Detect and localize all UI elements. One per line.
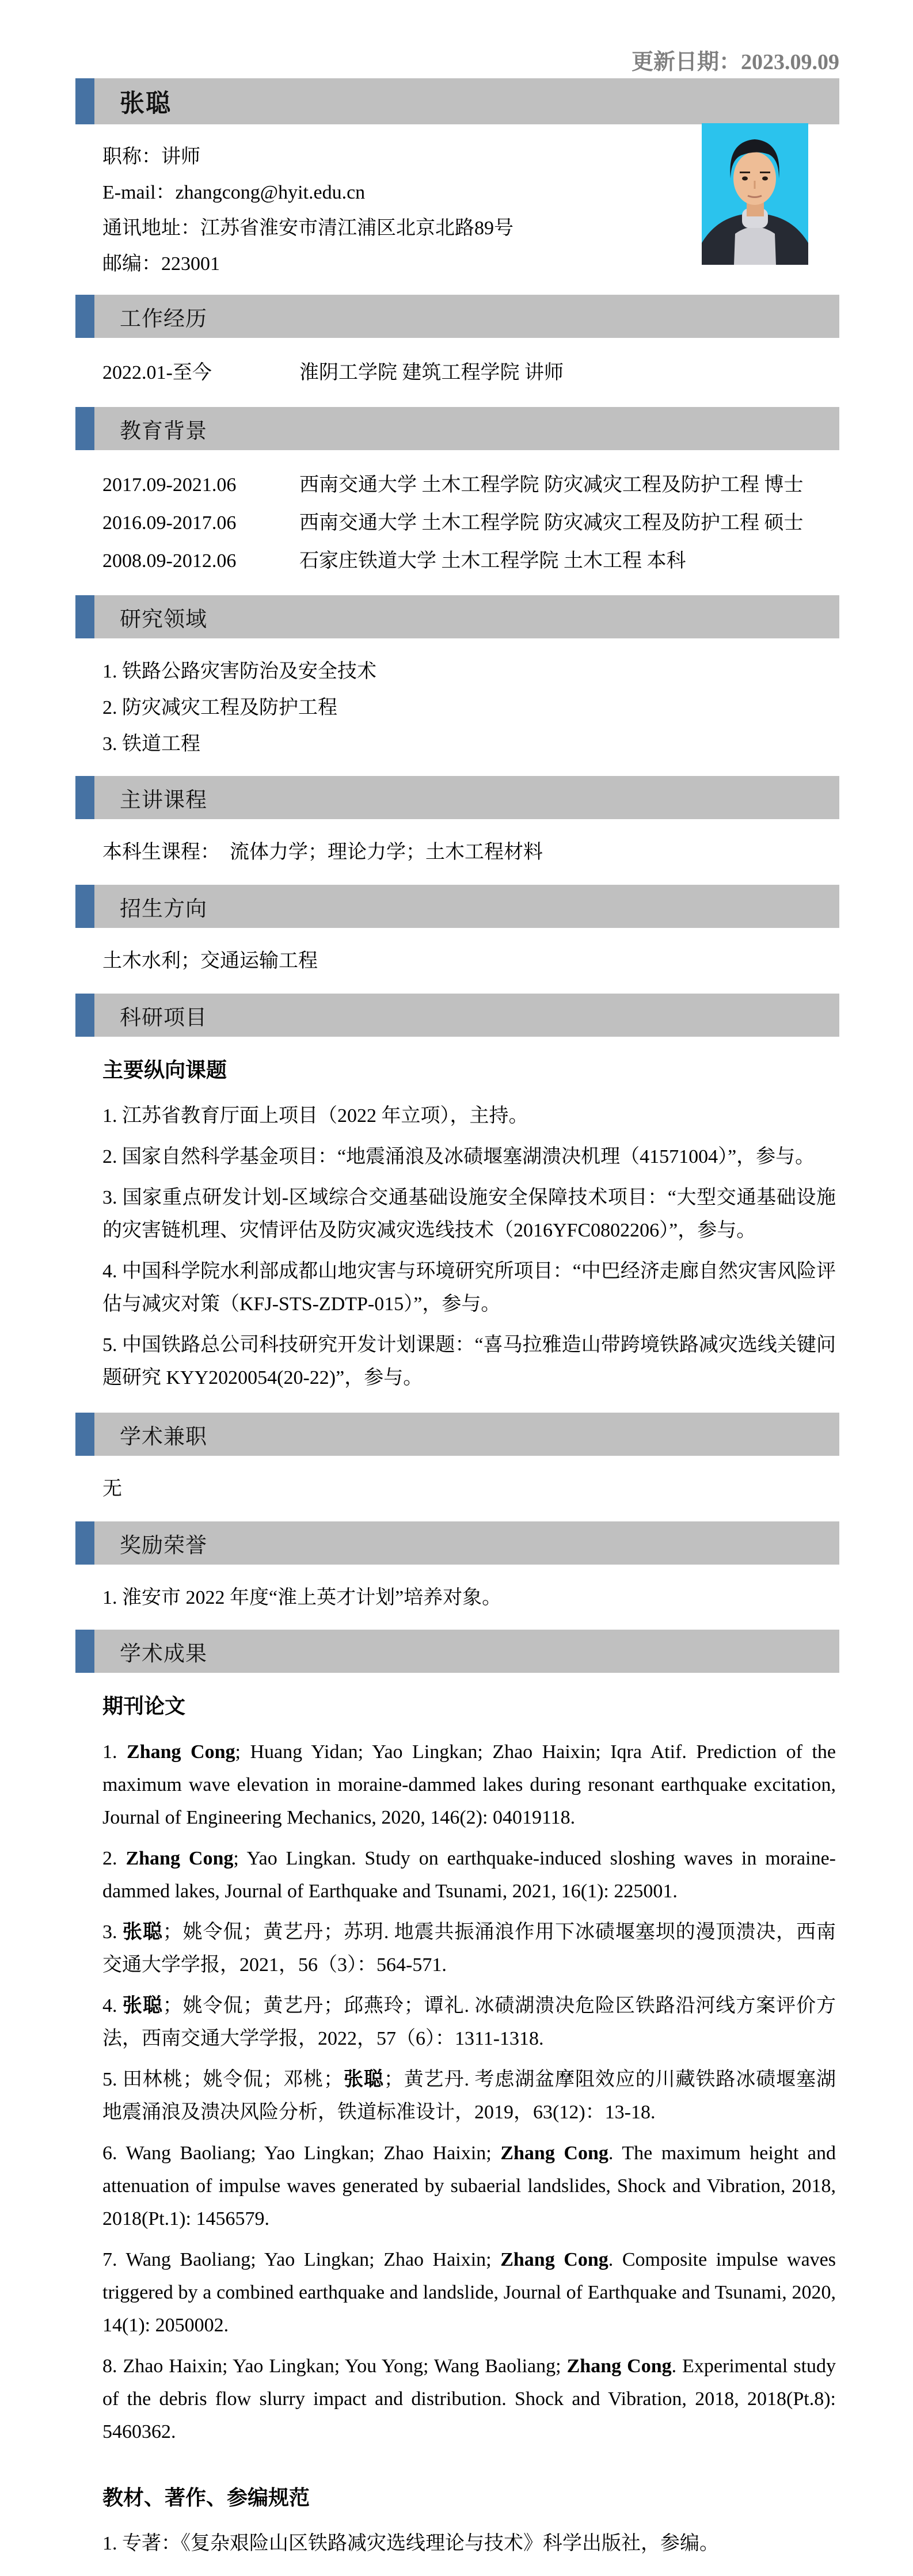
journal-paper-item: 5. 田林桃；姚令侃；邓桃；张聪；黄艺丹. 考虑湖盆摩阻效应的川藏铁路冰碛堰塞湖… [102, 2063, 836, 2129]
text-segment: ；姚令侃；黄艺丹；邱燕玲；谭礼. 冰碛湖溃决危险区铁路沿河线方案评价方法，西南交… [102, 1995, 836, 2049]
education-row-detail: 西南交通大学 土木工程学院 防灾减灾工程及防护工程 硕士 [299, 504, 839, 542]
text-segment: 6. Wang Baoliang; Yao Lingkan; Zhao Haix… [102, 2143, 500, 2164]
section-title-education: 教育背景 [120, 413, 207, 444]
text-segment: ；姚令侃；黄艺丹；苏玥. 地震共振涌浪作用下冰碛堰塞坝的漫顶溃决，西南交通大学学… [102, 1921, 836, 1976]
academic-roles-line: 无 [75, 1456, 839, 1519]
section-title-courses: 主讲课程 [120, 782, 207, 813]
author-highlight: Zhang Cong [567, 2356, 672, 2377]
update-date-row: 更新日期：2023.09.09 [75, 0, 839, 76]
project-item: 1. 江苏省教育厅面上项目（2022 年立项），主持。 [102, 1099, 836, 1132]
education-row-detail: 石家庄铁道大学 土木工程学院 土木工程 本科 [299, 542, 839, 580]
work-row: 2022.01-至今淮阴工学院 建筑工程学院 讲师 [102, 354, 839, 392]
research-item: 1. 铁路公路灾害防治及安全技术 [102, 653, 839, 690]
text-segment: 5. 田林桃；姚令侃；邓桃； [102, 2069, 343, 2090]
author-highlight: Zhang Cong [127, 1741, 235, 1763]
author-highlight: 张聪 [343, 2069, 384, 2090]
update-date-label: 更新日期： [632, 50, 741, 74]
author-highlight: Zhang Cong [500, 2143, 608, 2164]
author-highlight: 张聪 [123, 1921, 163, 1943]
text-segment: 8. Zhao Haixin; Yao Lingkan; You Yong; W… [102, 2356, 567, 2377]
education-row-period: 2017.09-2021.06 [102, 466, 299, 504]
section-bar-courses: 主讲课程 [75, 776, 839, 819]
section-title-work: 工作经历 [120, 301, 207, 332]
section-bar-awards: 奖励荣誉 [75, 1521, 839, 1565]
text-segment: 3. 国家重点研发计划-区域综合交通基础设施安全保障技术项目：“大型交通基础设施… [102, 1187, 836, 1241]
accent-block [75, 994, 94, 1037]
text-segment: 3. [102, 1921, 123, 1943]
project-item: 2. 国家自然科学基金项目：“地震涌浪及冰碛堰塞湖溃决机理（41571004）”… [102, 1140, 836, 1173]
journal-paper-item: 2. Zhang Cong; Yao Lingkan. Study on ear… [102, 1842, 836, 1908]
project-item: 5. 中国铁路总公司科技研究开发计划课题：“喜马拉雅造山带跨境铁路减灾选线关键问… [102, 1329, 836, 1394]
work-row-period: 2022.01-至今 [102, 354, 299, 392]
profile-photo-image [702, 123, 808, 265]
section-bar-work: 工作经历 [75, 295, 839, 338]
text-segment: 5. 中国铁路总公司科技研究开发计划课题：“喜马拉雅造山带跨境铁路减灾选线关键问… [102, 1334, 836, 1388]
section-title-achievements: 学术成果 [120, 1636, 207, 1667]
section-title-projects: 科研项目 [120, 1000, 207, 1031]
section-bar-projects: 科研项目 [75, 994, 839, 1037]
update-date-value: 2023.09.09 [741, 50, 839, 74]
education-row: 2008.09-2012.06石家庄铁道大学 土木工程学院 土木工程 本科 [102, 542, 839, 580]
books-heading: 教材、著作、参编规范 [75, 2464, 839, 2514]
courses-line: 本科生课程： 流体力学；理论力学；土木工程材料 [75, 819, 839, 882]
section-bar-academic-roles: 学术兼职 [75, 1413, 839, 1456]
education-row-detail: 西南交通大学 土木工程学院 防灾减灾工程及防护工程 博士 [299, 466, 839, 504]
work-row-detail: 淮阴工学院 建筑工程学院 讲师 [299, 354, 839, 392]
accent-block [75, 1630, 94, 1673]
project-item: 3. 国家重点研发计划-区域综合交通基础设施安全保障技术项目：“大型交通基础设施… [102, 1181, 836, 1247]
education-rows: 2017.09-2021.06西南交通大学 土木工程学院 防灾减灾工程及防护工程… [75, 450, 839, 593]
author-highlight: Zhang Cong [500, 2249, 608, 2270]
journal-paper-item: 8. Zhao Haixin; Yao Lingkan; You Yong; W… [102, 2350, 836, 2448]
accent-block [75, 1521, 94, 1565]
research-list: 1. 铁路公路灾害防治及安全技术2. 防灾减灾工程及防护工程3. 铁道工程 [75, 638, 839, 774]
accent-block [75, 407, 94, 450]
accent-block [75, 595, 94, 638]
awards-list: 1. 淮安市 2022 年度“淮上英才计划”培养对象。 [75, 1565, 839, 1627]
section-bar-education: 教育背景 [75, 407, 839, 450]
book-item: 1. 专著：《复杂艰险山区铁路减灾选线理论与技术》科学出版社，参编。 [102, 2527, 836, 2560]
name-header-bar: 张聪 [75, 78, 839, 124]
section-title-research: 研究领域 [120, 602, 207, 633]
section-bar-achievements: 学术成果 [75, 1630, 839, 1673]
award-item: 1. 淮安市 2022 年度“淮上英才计划”培养对象。 [102, 1580, 839, 1616]
journal-papers-heading: 期刊论文 [75, 1673, 839, 1723]
books-list: 1. 专著：《复杂艰险山区铁路减灾选线理论与技术》科学出版社，参编。 [75, 2514, 839, 2576]
section-title-admission: 招生方向 [120, 891, 207, 922]
text-segment: 1. [102, 1741, 127, 1763]
section-title-academic-roles: 学术兼职 [120, 1419, 207, 1450]
accent-block [75, 885, 94, 928]
person-name: 张聪 [120, 84, 172, 119]
research-item: 2. 防灾减灾工程及防护工程 [102, 690, 839, 726]
education-row: 2017.09-2021.06西南交通大学 土木工程学院 防灾减灾工程及防护工程… [102, 466, 839, 504]
education-row: 2016.09-2017.06西南交通大学 土木工程学院 防灾减灾工程及防护工程… [102, 504, 839, 542]
text-segment: 7. Wang Baoliang; Yao Lingkan; Zhao Haix… [102, 2249, 500, 2270]
work-rows: 2022.01-至今淮阴工学院 建筑工程学院 讲师 [75, 338, 839, 405]
journal-paper-item: 7. Wang Baoliang; Yao Lingkan; Zhao Haix… [102, 2243, 836, 2342]
education-row-period: 2016.09-2017.06 [102, 504, 299, 542]
section-title-awards: 奖励荣誉 [120, 1528, 207, 1559]
cv-page: 更新日期：2023.09.09 张聪 职称：讲师E-mail：zhangcong… [0, 0, 913, 2576]
section-bar-research: 研究领域 [75, 595, 839, 638]
projects-list: 1. 江苏省教育厅面上项目（2022 年立项），主持。2. 国家自然科学基金项目… [75, 1087, 839, 1410]
research-item: 3. 铁道工程 [102, 726, 839, 762]
author-highlight: Zhang Cong [125, 1848, 233, 1869]
author-highlight: 张聪 [123, 1995, 163, 2016]
text-segment: 2. 国家自然科学基金项目：“地震涌浪及冰碛堰塞湖溃决机理（41571004）”… [102, 1146, 815, 1167]
journal-paper-item: 3. 张聪；姚令侃；黄艺丹；苏玥. 地震共振涌浪作用下冰碛堰塞坝的漫顶溃决，西南… [102, 1916, 836, 1981]
education-row-period: 2008.09-2012.06 [102, 542, 299, 580]
section-bar-admission: 招生方向 [75, 885, 839, 928]
admission-line: 土木水利；交通运输工程 [75, 928, 839, 991]
projects-subtitle: 主要纵向课题 [75, 1037, 839, 1087]
text-segment: 1. 江苏省教育厅面上项目（2022 年立项），主持。 [102, 1105, 528, 1127]
accent-block [75, 78, 94, 124]
accent-block [75, 295, 94, 338]
journal-paper-item: 1. Zhang Cong; Huang Yidan; Yao Lingkan;… [102, 1736, 836, 1834]
accent-block [75, 776, 94, 819]
text-segment: 1. 专著：《复杂艰险山区铁路减灾选线理论与技术》科学出版社，参编。 [102, 2533, 719, 2554]
text-segment: 4. 中国科学院水利部成都山地灾害与环境研究所项目：“中巴经济走廊自然灾害风险评… [102, 1261, 836, 1315]
accent-block [75, 1413, 94, 1456]
project-item: 4. 中国科学院水利部成都山地灾害与环境研究所项目：“中巴经济走廊自然灾害风险评… [102, 1255, 836, 1321]
text-segment: 2. [102, 1848, 125, 1869]
journal-papers-list: 1. Zhang Cong; Huang Yidan; Yao Lingkan;… [75, 1723, 839, 2464]
text-segment: 4. [102, 1995, 123, 2016]
journal-paper-item: 6. Wang Baoliang; Yao Lingkan; Zhao Haix… [102, 2137, 836, 2235]
contact-section: 职称：讲师E-mail：zhangcong@hyit.edu.cn通讯地址：江苏… [75, 124, 839, 292]
profile-photo [702, 123, 808, 265]
journal-paper-item: 4. 张聪；姚令侃；黄艺丹；邱燕玲；谭礼. 冰碛湖溃决危险区铁路沿河线方案评价方… [102, 1989, 836, 2055]
